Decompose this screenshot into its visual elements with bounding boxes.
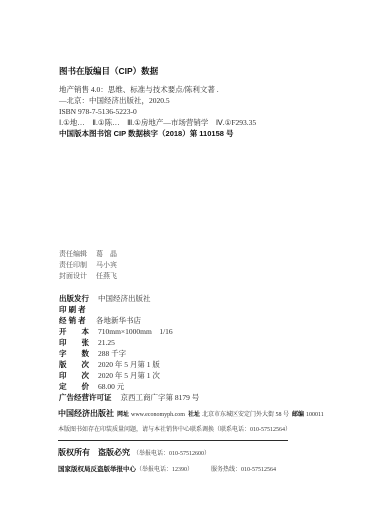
address-label: 社址: [188, 412, 200, 418]
book-copyright-page: 图书在版编目（CIP）数据 地产销售 4.0：思维、标准与技术要点/陈利文著 .…: [0, 0, 375, 524]
pub-label: 印 次: [59, 370, 89, 381]
cip-book-title-line: 地产销售 4.0：思维、标准与技术要点/陈利文著 .: [59, 84, 335, 95]
piracy-center-phone: （举报电话：12390）: [136, 467, 193, 473]
copyright-notice: 版权所有 盗版必究: [58, 448, 130, 457]
website-label: 网址: [117, 412, 129, 418]
quality-exchange-note: 本版图书如存在印装质量问题，请与本社销售中心联系调换（联系电话：010-5751…: [58, 425, 324, 435]
cip-classification-line: Ⅰ.①地… Ⅱ.①陈… Ⅲ.①房地产—市场营销学 Ⅳ.①F293.35: [59, 117, 335, 128]
cip-publisher-line: —北京：中国经济出版社，2020.5: [59, 95, 335, 106]
pub-label: 经 销 者: [59, 315, 87, 326]
pub-value: 68.00 元: [98, 381, 124, 392]
pub-value: 2020 年 5 月第 1 次: [98, 370, 160, 381]
pub-row-sheets: 印 张21.25: [59, 337, 199, 348]
pub-value: 京西工商广字第 8179 号: [121, 392, 200, 403]
service-hotline: 服务热线：010-57512564: [211, 467, 276, 473]
staff-row-cover-design: 封面设计任燕飞: [59, 271, 117, 282]
piracy-center-name: 国家版权局反盗版举报中心: [58, 466, 136, 473]
cip-registration-line: 中国版本图书馆 CIP 数据核字（2018）第 110158 号: [59, 128, 335, 139]
website-url: www.economyph.com: [131, 412, 185, 418]
pub-label: 字 数: [59, 348, 89, 359]
footer-block: 中国经济出版社网址www.economyph.com社址北京市东城区安定门外大街…: [58, 406, 324, 476]
pub-label: 印 刷 者: [59, 304, 87, 315]
pub-value: 各地新华书店: [96, 315, 141, 326]
footer-divider: [58, 440, 288, 441]
pub-label: 印 张: [59, 337, 89, 348]
pub-row-impression: 印 次2020 年 5 月第 1 次: [59, 370, 199, 381]
publisher-name: 中国经济出版社: [58, 409, 114, 418]
address-value: 北京市东城区安定门外大街 58 号: [202, 412, 289, 418]
pub-label: 定 价: [59, 381, 89, 392]
postcode-value: 100011: [306, 412, 324, 418]
staff-block: 责任编辑葛 晶 责任印制马小宾 封面设计任燕飞: [59, 249, 117, 282]
pub-row-publisher: 出版发行中国经济出版社: [59, 293, 199, 304]
staff-label: 封面设计: [59, 272, 87, 280]
pub-row-printer: 印 刷 者: [59, 304, 199, 315]
pub-value: 21.25: [98, 337, 115, 348]
copyright-report-phone: （举报电话：010-57512600）: [133, 451, 210, 457]
postcode-label: 邮编: [292, 412, 304, 418]
pub-row-distributor: 经 销 者各地新华书店: [59, 315, 199, 326]
cip-block: 图书在版编目（CIP）数据 地产销售 4.0：思维、标准与技术要点/陈利文著 .…: [59, 65, 335, 139]
staff-value: 任燕飞: [96, 272, 117, 280]
pub-row-ad-license: 广告经营许可证京西工商广字第 8179 号: [59, 392, 199, 403]
staff-row-editor: 责任编辑葛 晶: [59, 249, 117, 260]
pub-label: 版 次: [59, 359, 89, 370]
pub-value: 2020 年 5 月第 1 版: [98, 359, 160, 370]
piracy-report-line: 国家版权局反盗版举报中心（举报电话：12390）服务热线：010-5751256…: [58, 461, 324, 476]
pub-row-wordcount: 字 数288 千字: [59, 348, 199, 359]
pub-row-format: 开 本710mm×1000mm 1/16: [59, 326, 199, 337]
pub-label: 开 本: [59, 326, 89, 337]
pub-value: 710mm×1000mm 1/16: [98, 326, 173, 337]
cip-title: 图书在版编目（CIP）数据: [59, 65, 335, 77]
pub-value: 中国经济出版社: [98, 293, 151, 304]
staff-label: 责任印制: [59, 261, 87, 269]
pub-row-edition: 版 次2020 年 5 月第 1 版: [59, 359, 199, 370]
staff-value: 葛 晶: [96, 250, 117, 258]
staff-row-printing: 责任印制马小宾: [59, 260, 117, 271]
pub-label: 广告经营许可证: [59, 392, 112, 403]
publisher-contact-line: 中国经济出版社网址www.economyph.com社址北京市东城区安定门外大街…: [58, 406, 324, 421]
cip-isbn-line: ISBN 978-7-5136-5223-0: [59, 106, 335, 117]
copyright-line: 版权所有 盗版必究（举报电话：010-57512600）: [58, 445, 324, 460]
pub-value: 288 千字: [98, 348, 126, 359]
staff-label: 责任编辑: [59, 250, 87, 258]
publication-block: 出版发行中国经济出版社 印 刷 者 经 销 者各地新华书店 开 本710mm×1…: [59, 293, 199, 403]
pub-row-price: 定 价68.00 元: [59, 381, 199, 392]
pub-label: 出版发行: [59, 293, 89, 304]
staff-value: 马小宾: [96, 261, 117, 269]
